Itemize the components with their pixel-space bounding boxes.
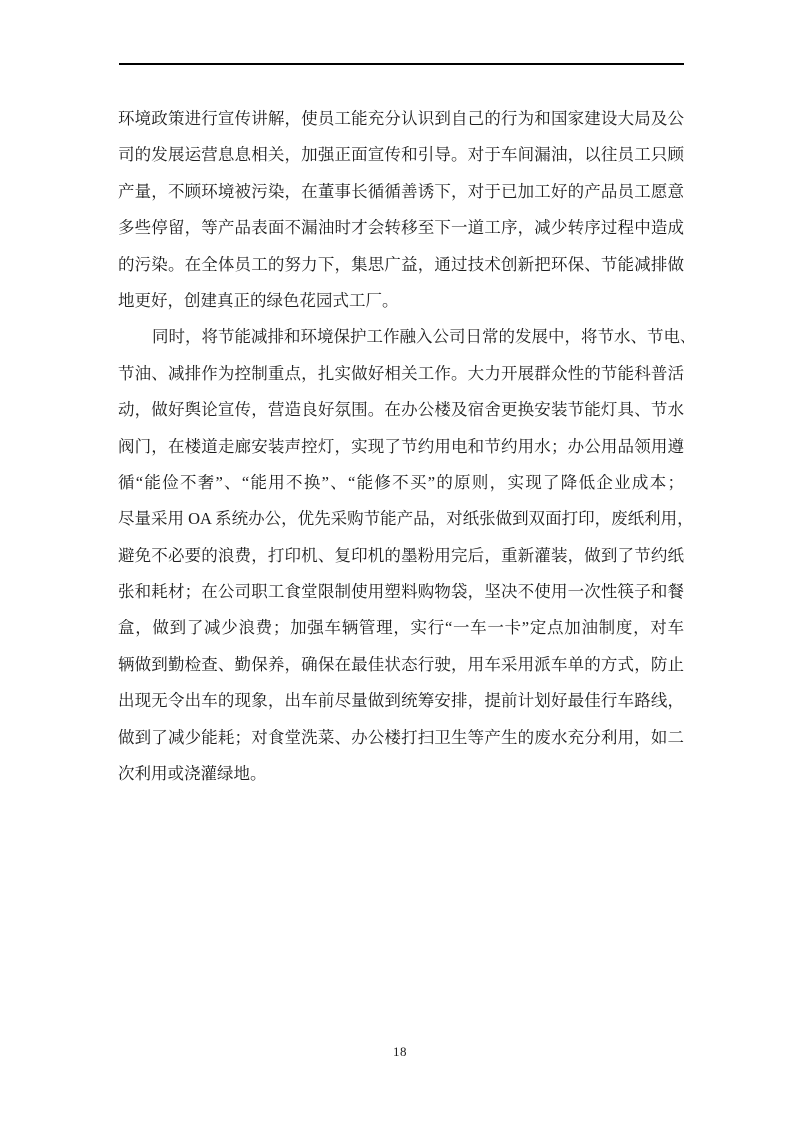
text-line: 地更好，创建真正的绿色花园式工厂。 bbox=[118, 283, 684, 319]
text-line: 产量，不顾环境被污染，在董事长循循善诱下，对于已加工好的产品员工愿意 bbox=[118, 174, 684, 210]
text-line: 的污染。在全体员工的努力下，集思广益，通过技术创新把环保、节能减排做 bbox=[118, 247, 684, 283]
text-line: 出现无令出车的现象，出车前尽量做到统筹安排，提前计划好最佳行车路线， bbox=[118, 683, 684, 719]
text-line: 多些停留，等产品表面不漏油时才会转移至下一道工序，减少转序过程中造成 bbox=[118, 210, 684, 246]
text-line: 司的发展运营息息相关，加强正面宣传和引导。对于车间漏油，以往员工只顾 bbox=[118, 137, 684, 173]
text-line: 次利用或浇灌绿地。 bbox=[118, 756, 684, 792]
text-line: 尽量采用 OA 系统办公，优先采购节能产品，对纸张做到双面打印，废纸利用， bbox=[118, 501, 684, 537]
text-line: 做到了减少能耗；对食堂洗菜、办公楼打扫卫生等产生的废水充分利用，如二 bbox=[118, 720, 684, 756]
page-body: 环境政策进行宣传讲解，使员工能充分认识到自己的行为和国家建设大局及公司的发展运营… bbox=[118, 101, 684, 792]
text-line: 动，做好舆论宣传，营造良好氛围。在办公楼及宿舍更换安装节能灯具、节水 bbox=[118, 392, 684, 428]
text-line: 同时，将节能减排和环境保护工作融入公司日常的发展中，将节水、节电、 bbox=[118, 319, 684, 355]
header-rule bbox=[119, 63, 684, 65]
text-line: 节油、减排作为控制重点，扎实做好相关工作。大力开展群众性的节能科普活 bbox=[118, 356, 684, 392]
text-line: 循“能俭不奢”、“能用不换”、“能修不买”的原则，实现了降低企业成本； bbox=[118, 465, 684, 501]
text-line: 避免不必要的浪费，打印机、复印机的墨粉用完后，重新灌装，做到了节约纸 bbox=[118, 538, 684, 574]
text-line: 辆做到勤检查、勤保养，确保在最佳状态行驶，用车采用派车单的方式，防止 bbox=[118, 647, 684, 683]
text-line: 阀门，在楼道走廊安装声控灯，实现了节约用电和节约用水；办公用品领用遵 bbox=[118, 429, 684, 465]
page-number: 18 bbox=[0, 1044, 800, 1060]
document-page: 环境政策进行宣传讲解，使员工能充分认识到自己的行为和国家建设大局及公司的发展运营… bbox=[0, 0, 800, 1131]
text-line: 盒，做到了减少浪费；加强车辆管理，实行“一车一卡”定点加油制度，对车 bbox=[118, 610, 684, 646]
paragraph: 环境政策进行宣传讲解，使员工能充分认识到自己的行为和国家建设大局及公司的发展运营… bbox=[118, 101, 684, 319]
text-line: 环境政策进行宣传讲解，使员工能充分认识到自己的行为和国家建设大局及公 bbox=[118, 101, 684, 137]
paragraph: 同时，将节能减排和环境保护工作融入公司日常的发展中，将节水、节电、节油、减排作为… bbox=[118, 319, 684, 792]
text-line: 张和耗材；在公司职工食堂限制使用塑料购物袋，坚决不使用一次性筷子和餐 bbox=[118, 574, 684, 610]
